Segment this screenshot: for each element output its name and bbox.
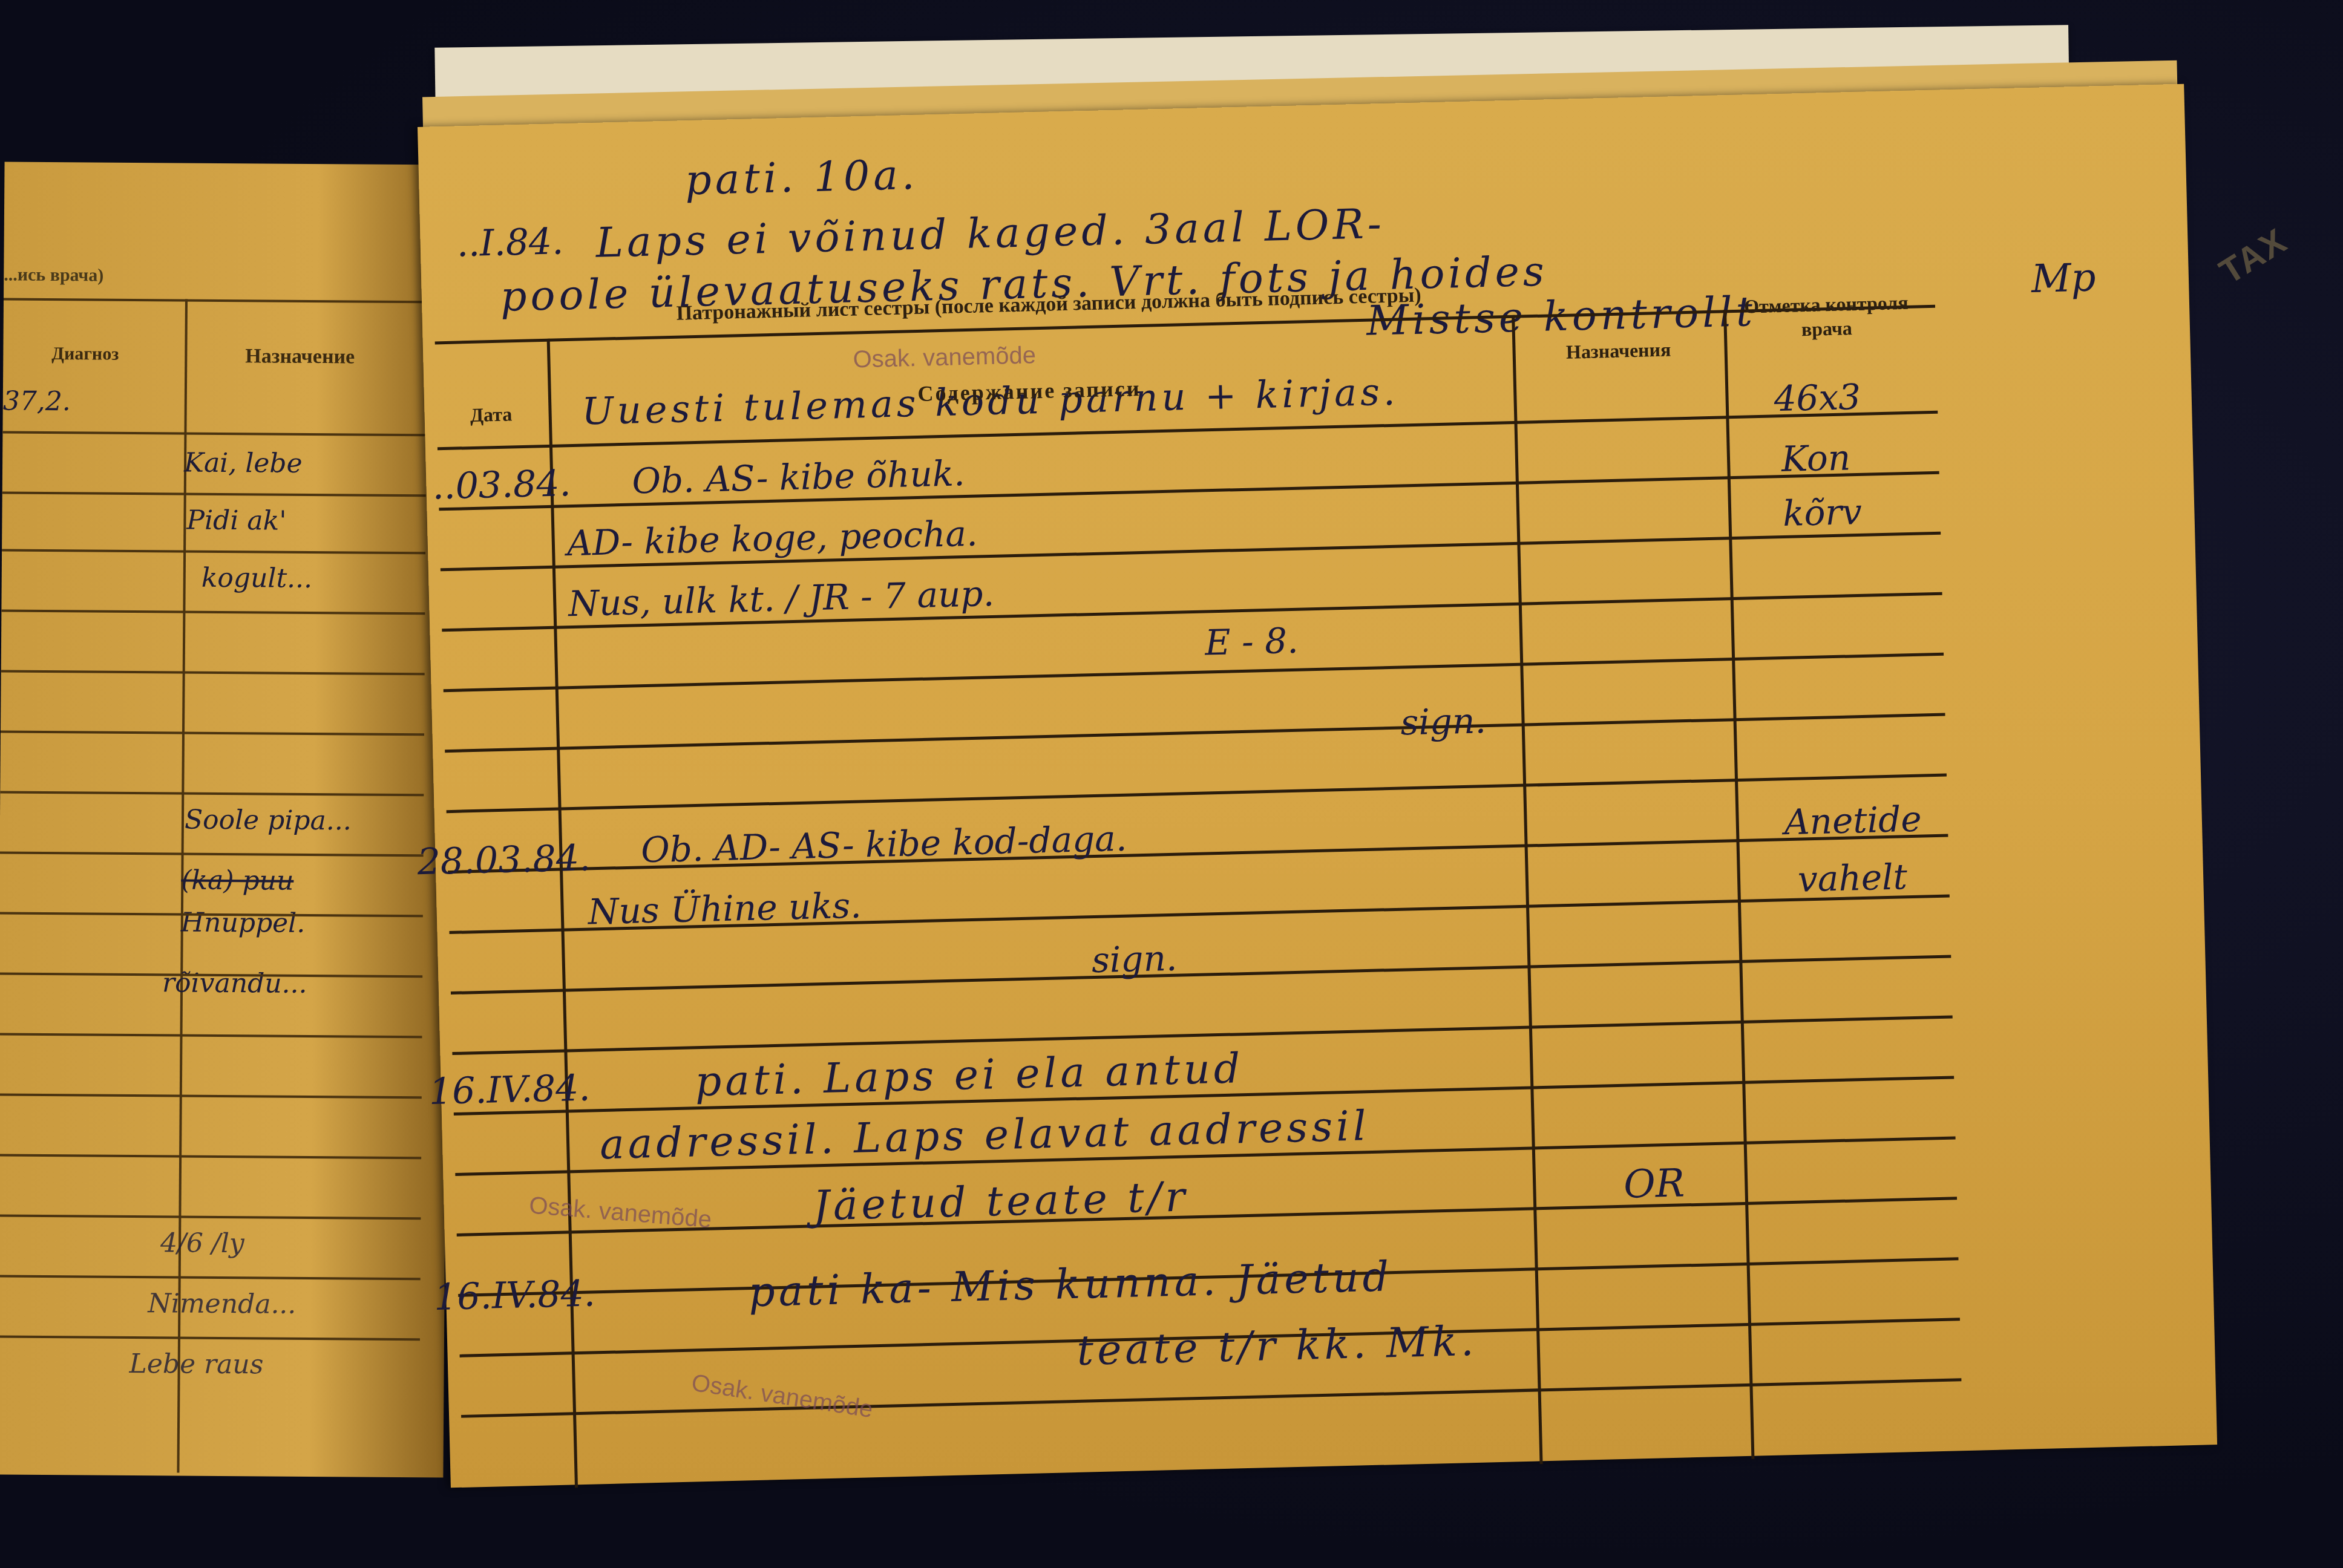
left-rule	[0, 1214, 421, 1220]
top-note-margin-mark: Mp	[2031, 255, 2096, 302]
header-doctor-control: Отметка контроля врача	[1735, 290, 1918, 343]
entry-signature: sign.	[1400, 700, 1487, 743]
entry-date: 16.IV.84.	[428, 1067, 591, 1113]
left-rule	[0, 851, 424, 857]
entry-line: E - 8.	[1204, 620, 1299, 664]
doctor-mark: Anetide	[1784, 799, 1922, 843]
left-page-caption: ...ись врача)	[4, 264, 103, 286]
left-prescription: Soole pipa...	[185, 805, 352, 837]
left-rule	[1, 670, 425, 675]
prescription-column-divider	[1723, 310, 1754, 1459]
left-rule	[2, 549, 425, 554]
entry-date: ..03.84.	[432, 462, 572, 508]
entry-line: teate t/r kk. Mk.	[1076, 1318, 1478, 1375]
doctor-mark: 46x3	[1774, 376, 1861, 419]
entry-line: pati ka- Mis kunna. Jäetud	[748, 1253, 1393, 1316]
doctor-mark: vahelt	[1797, 856, 1907, 900]
left-rule	[0, 1093, 422, 1099]
nurse-record-page: ..I.84. pati. 10a. Laps ei võinud kaged.…	[418, 84, 2217, 1488]
left-header-prescription: Назначение	[245, 345, 355, 368]
entry-line: Ob. AD- AS- kibe kod-daga.	[640, 818, 1127, 871]
left-rule	[0, 1033, 422, 1038]
left-rule	[2, 491, 426, 497]
content-column-divider	[1512, 315, 1542, 1465]
entry-line: Ob. AS- kibe õhuk.	[632, 452, 966, 501]
entry-line: Jäetud teate t/r	[813, 1173, 1189, 1230]
stamp: Osak. vanemõde	[528, 1192, 713, 1233]
left-rule	[0, 1335, 420, 1341]
top-note-line: pati. 10a.	[684, 151, 919, 204]
left-header-diagnosis: Диагноз	[51, 344, 119, 365]
left-prescription: Nimenda...	[148, 1288, 296, 1320]
doctor-mark: Kon	[1781, 437, 1851, 480]
left-diagnosis-value: 37,2.	[3, 385, 71, 417]
left-prescription: kogult...	[202, 563, 313, 594]
entry-line: aadressil. Laps elavat aadressil	[599, 1102, 1370, 1169]
entry-line: Nus Ühine uks.	[588, 884, 862, 932]
left-rule	[1, 730, 424, 736]
left-rule	[0, 1154, 421, 1159]
left-rule	[2, 431, 426, 436]
left-prescription: Lebe raus	[129, 1348, 264, 1380]
left-prescription: Kai, lebe	[184, 448, 303, 479]
row-rule	[461, 1378, 1961, 1418]
left-prescription: Hnuppel.	[181, 907, 306, 939]
top-note-date: ..I.84.	[456, 220, 564, 265]
header-prescriptions: Назначения	[1518, 338, 1719, 365]
entry-date: 28.03.84.	[417, 837, 591, 883]
left-prescription: Pidi ak'	[186, 505, 286, 537]
left-rule	[0, 1275, 421, 1280]
doctor-mark: kõrv	[1782, 491, 1862, 534]
entry-signature: sign.	[1091, 938, 1178, 981]
stamp: Osak. vanemõde	[853, 342, 1036, 373]
left-prescription: rõivandu...	[162, 967, 307, 999]
row-rule	[445, 713, 1945, 753]
left-rule	[1, 609, 425, 615]
left-prescription-struck: (ka) puu	[181, 865, 293, 897]
left-header-rule	[4, 298, 427, 303]
entry-date: 16.IV.84.	[433, 1272, 595, 1318]
row-rule	[447, 774, 1947, 814]
left-page: ...ись врача) Диагноз Назначение 37,2. K…	[0, 162, 453, 1477]
left-rule	[0, 791, 424, 796]
left-prescription: 4/6 /ly	[160, 1227, 244, 1259]
header-date: Дата	[442, 402, 540, 427]
row-rule	[451, 955, 1951, 995]
stamp: Osak. vanemõde	[690, 1370, 875, 1424]
prescription-mark: OR	[1623, 1161, 1685, 1207]
row-rule	[444, 653, 1944, 693]
